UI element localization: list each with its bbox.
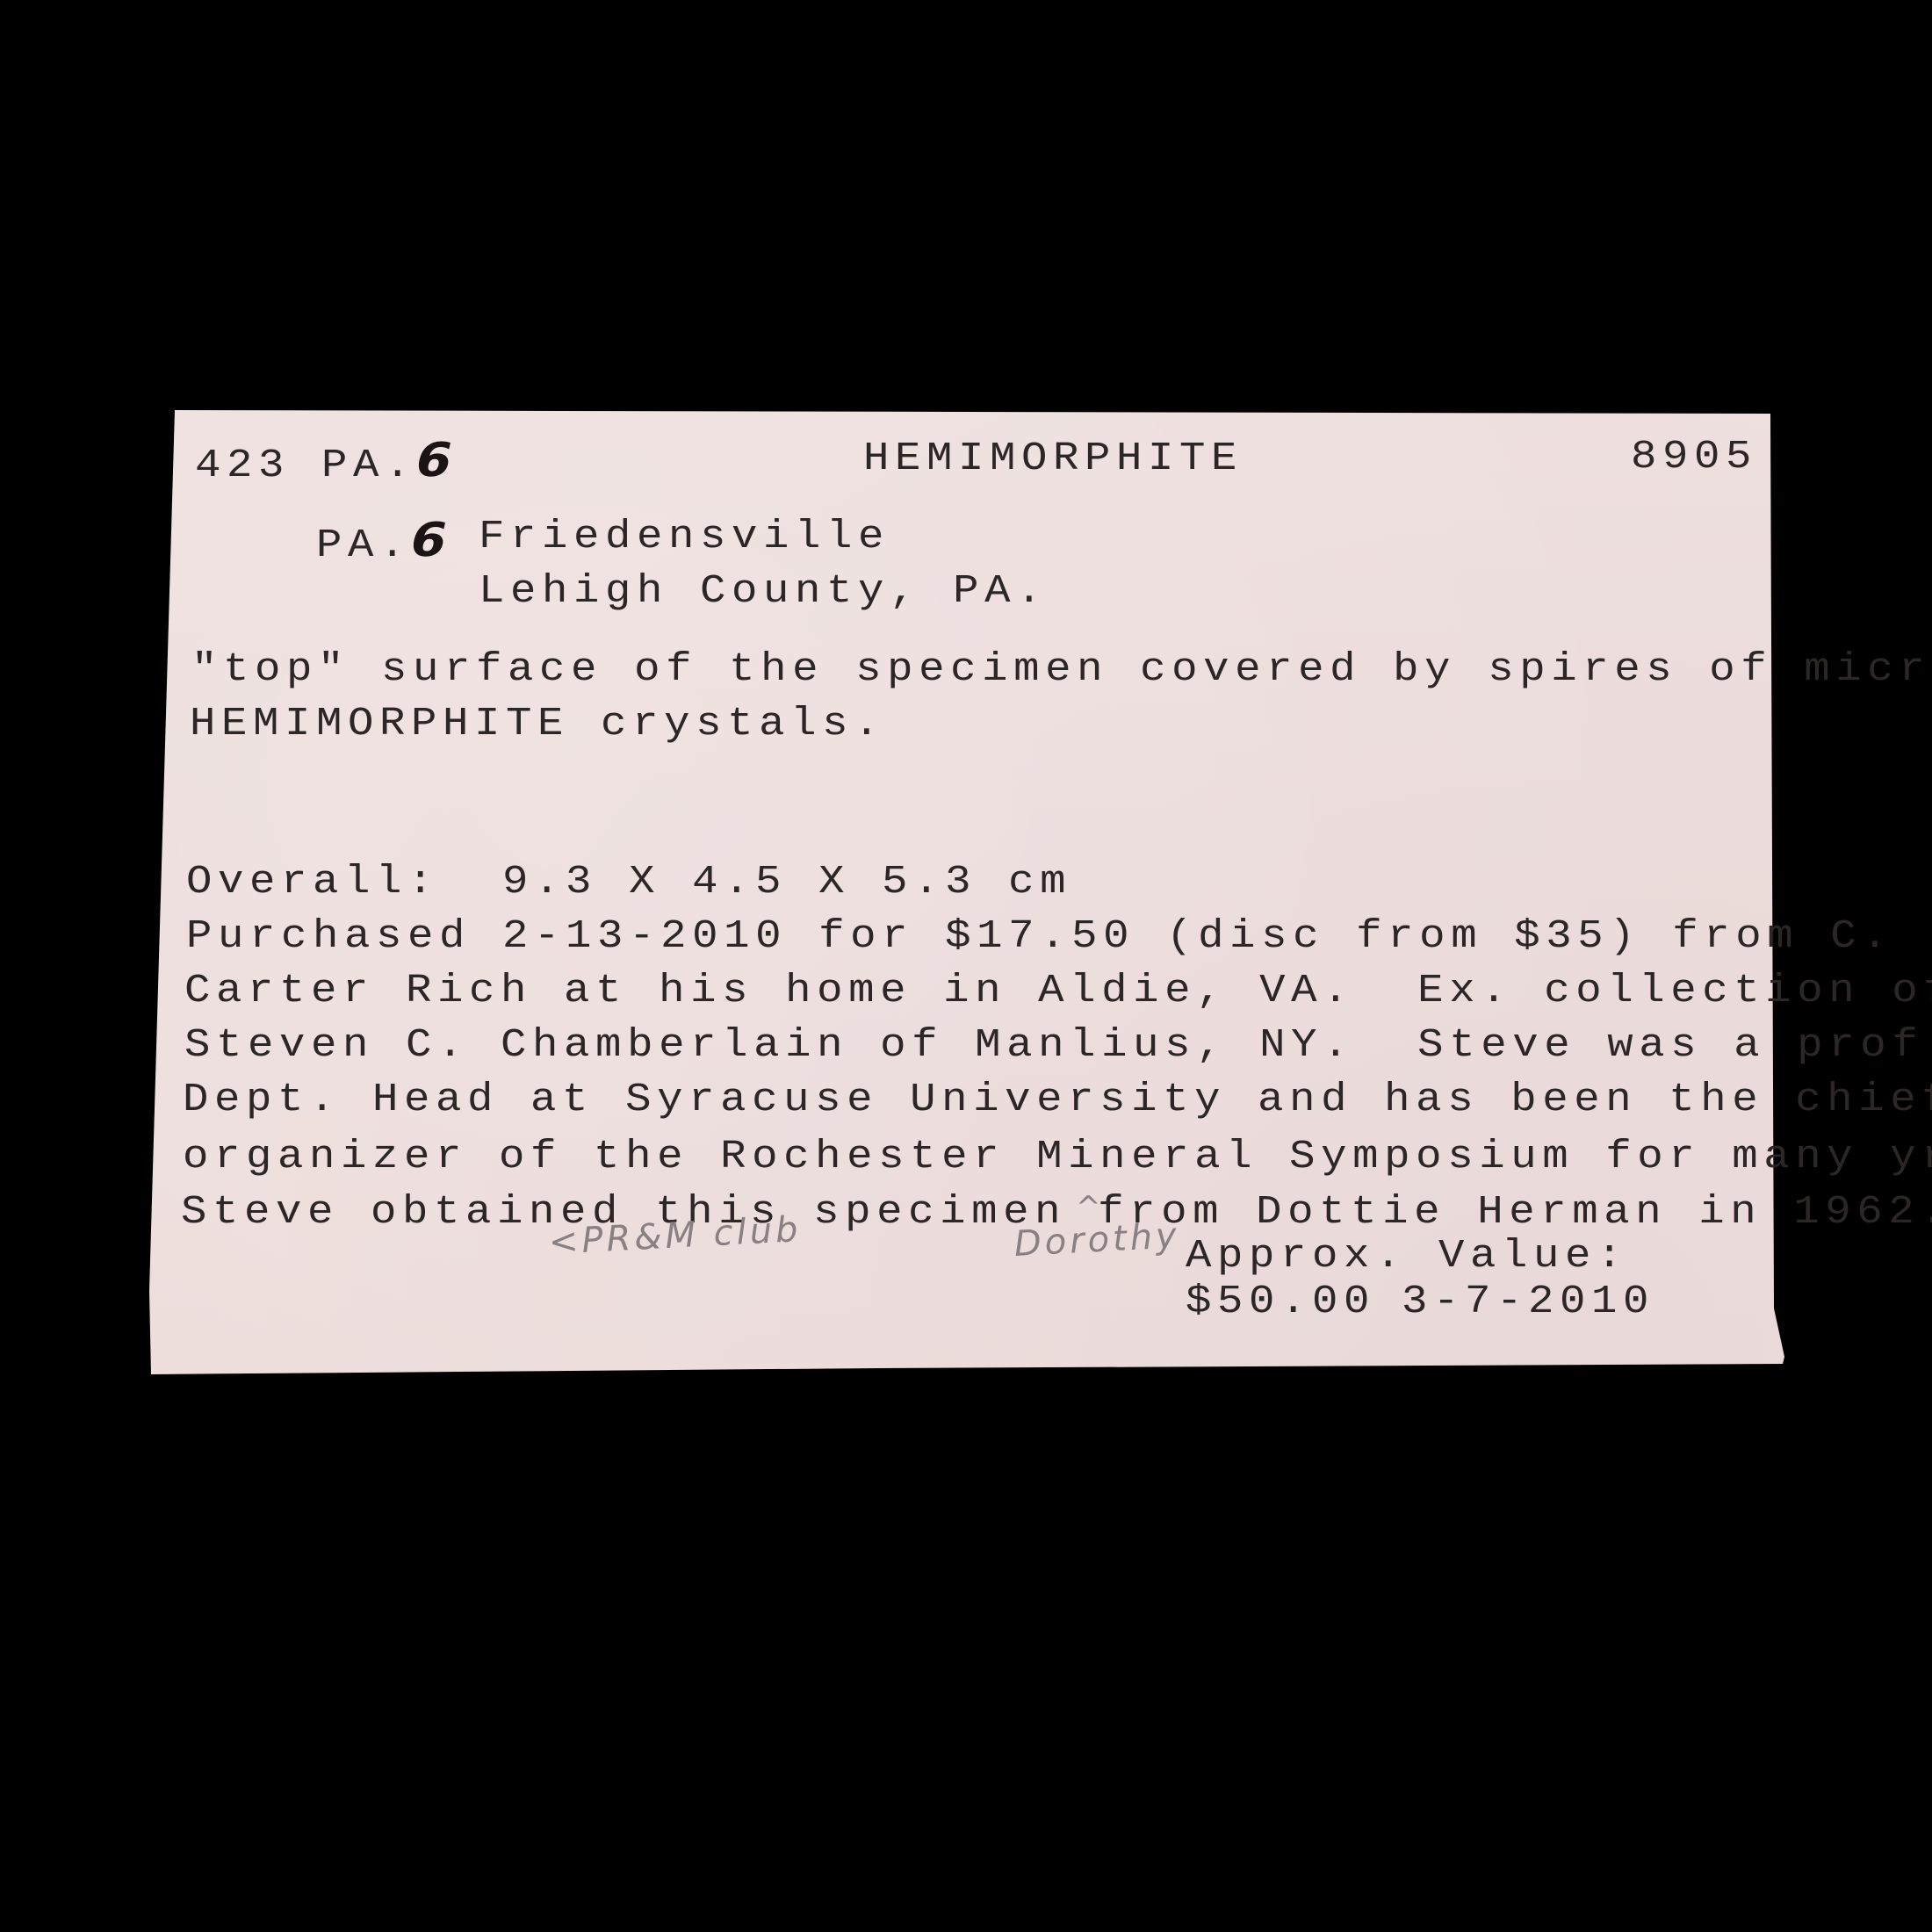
handwritten-name-correction: Dorothy (1013, 1215, 1181, 1265)
mineral-name-title: HEMIMORPHITE (863, 439, 1243, 479)
notes-line: Carter Rich at his home in Aldie, VA. Ex… (184, 971, 1932, 1011)
catalog-prefix: 423 PA. (195, 443, 416, 488)
handwritten-catalog-digit: 6 (411, 436, 458, 483)
catalog-number: 423 PA.6 (195, 436, 451, 486)
notes-line: Purchased 2-13-2010 for $17.50 (disc fro… (186, 917, 1893, 956)
approx-value-label: Approx. Value: (1186, 1236, 1628, 1276)
notes-line: Steve obtained this specimen from Dottie… (181, 1193, 1932, 1232)
locality-code: PA.6 (316, 516, 446, 566)
description-line: "top" surface of the specimen covered by… (191, 650, 1932, 689)
locality-county-state: Lehigh County, PA. (479, 572, 1048, 611)
approx-value-amount: $50.00 (1186, 1282, 1375, 1322)
handwritten-locality-digit: 6 (406, 516, 452, 563)
locality-code-prefix: PA. (316, 523, 411, 568)
notes-line-dimensions: Overall: 9.3 X 4.5 X 5.3 cm (186, 862, 1071, 902)
paper-card (0, 0, 1932, 1932)
notes-line: organizer of the Rochester Mineral Sympo… (183, 1137, 1932, 1177)
notes-line: Steven C. Chamberlain of Manlius, NY. St… (184, 1026, 1932, 1065)
specimen-label-card: 423 PA.6 HEMIMORPHITE 8905 PA.6 Friedens… (0, 0, 1932, 1932)
specimen-number: 8905 (1631, 437, 1757, 477)
handwritten-club-note: <PR&M club (548, 1209, 803, 1263)
notes-line: Dept. Head at Syracuse University and ha… (183, 1080, 1932, 1120)
valuation-date: 3-7-2010 (1402, 1282, 1654, 1322)
description-line: HEMIMORPHITE crystals. (190, 704, 885, 744)
locality-town: Friedensville (479, 517, 890, 557)
insertion-caret: ^ (1076, 1190, 1101, 1225)
